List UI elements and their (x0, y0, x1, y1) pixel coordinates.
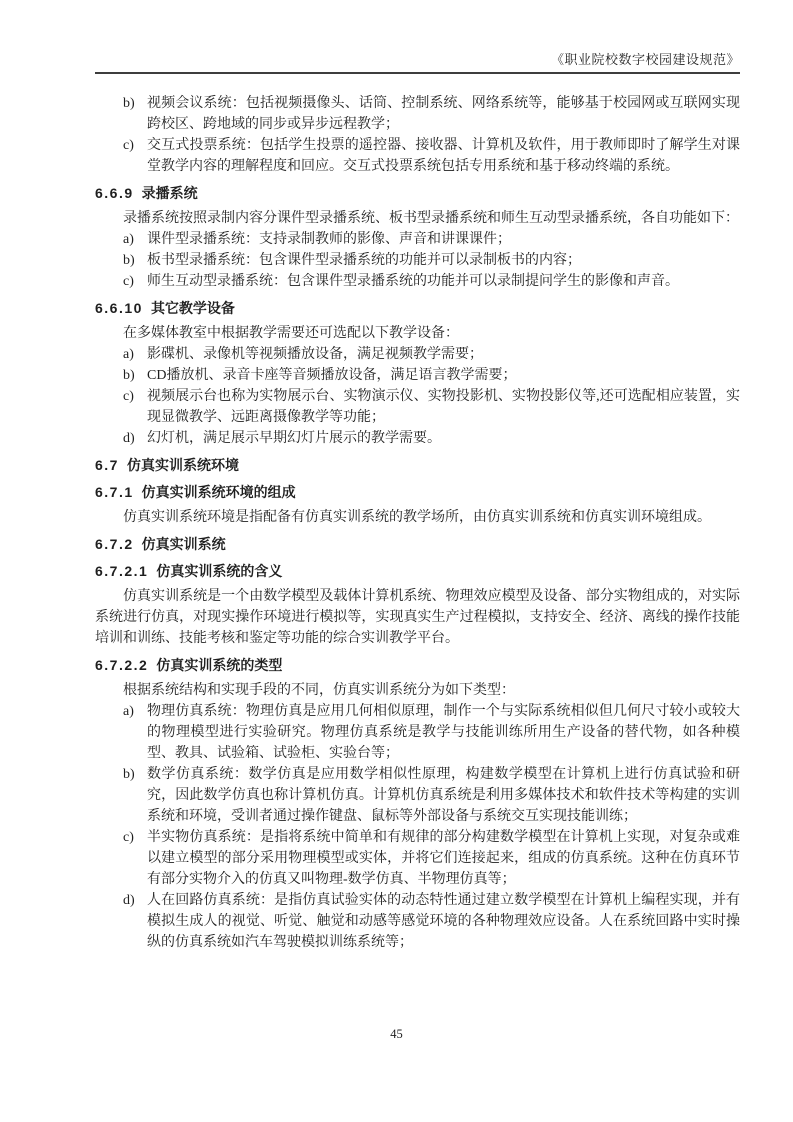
list-item-label: a) (123, 344, 134, 365)
heading-title: 仿真实训系统的含义 (156, 563, 282, 579)
heading-6-7: 6.7仿真实训系统环境 (95, 455, 740, 476)
list-item-label: c) (123, 271, 134, 292)
list-item-label: d) (123, 428, 135, 449)
list-item: a) 课件型录播系统：支持录制教师的影像、声音和讲课课件； (95, 229, 740, 250)
list-item-text: 幻灯机，满足展示早期幻灯片展示的教学需要。 (147, 431, 441, 446)
list-item-text: 课件型录播系统：支持录制教师的影像、声音和讲课课件； (147, 232, 511, 247)
heading-6-7-2: 6.7.2仿真实训系统 (95, 534, 740, 555)
heading-title: 其它教学设备 (151, 300, 235, 316)
list-item-text: 半实物仿真系统：是指将系统中简单和有规律的部分构建数学模型在计算机上实现，对复杂… (147, 830, 740, 887)
list-item-text: 交互式投票系统：包括学生投票的遥控器、接收器、计算机及软件，用于教师即时了解学生… (147, 138, 740, 174)
list-item: b) 板书型录播系统：包含课件型录播系统的功能并可以录制板书的内容； (95, 250, 740, 271)
list-item-text: 视频展示台也称为实物展示台、实物演示仪、实物投影机、实物投影仪等,还可选配相应装… (147, 389, 740, 425)
paragraph: 在多媒体教室中根据教学需要还可选配以下教学设备： (95, 323, 740, 344)
list-item-label: b) (123, 365, 135, 386)
list-item-label: c) (123, 135, 134, 156)
heading-number: 6.7.2 (95, 536, 134, 552)
paragraph: 录播系统按照录制内容分课件型录播系统、板书型录播系统和师生互动型录播系统，各自功… (95, 208, 740, 229)
list-item: c) 视频展示台也称为实物展示台、实物演示仪、实物投影机、实物投影仪等,还可选配… (95, 386, 740, 428)
list-item-label: d) (123, 890, 135, 911)
heading-title: 仿真实训系统的类型 (156, 657, 282, 673)
list-item: b) 视频会议系统：包括视频摄像头、话筒、控制系统、网络系统等，能够基于校园网或… (95, 93, 740, 135)
paragraph: 根据系统结构和实现手段的不同，仿真实训系统分为如下类型： (95, 680, 740, 701)
list-item-text: 影碟机、录像机等视频播放设备，满足视频教学需要； (147, 347, 483, 362)
page-header: 《职业院校数字校园建设规范》 (95, 0, 740, 74)
list-item-text: 数学仿真系统：数学仿真是应用数学相似性原理，构建数学模型在计算机上进行仿真试验和… (147, 767, 740, 824)
list-item: c) 师生互动型录播系统：包含课件型录播系统的功能并可以录制提问学生的影像和声音… (95, 271, 740, 292)
heading-number: 6.7 (95, 457, 119, 473)
list-item-text: 视频会议系统：包括视频摄像头、话筒、控制系统、网络系统等，能够基于校园网或互联网… (147, 96, 740, 132)
list-item: a) 物理仿真系统：物理仿真是应用几何相似原理，制作一个与实际系统相似但几何尺寸… (95, 701, 740, 764)
list-item-label: a) (123, 701, 134, 722)
heading-title: 仿真实训系统环境 (127, 457, 239, 473)
list-item: a) 影碟机、录像机等视频播放设备，满足视频教学需要； (95, 344, 740, 365)
list-item-text: CD播放机、录音卡座等音频播放设备，满足语言教学需要； (147, 368, 516, 383)
list-item: d) 人在回路仿真系统：是指仿真试验实体的动态特性通过建立数学模型在计算机上编程… (95, 890, 740, 953)
heading-6-7-1: 6.7.1仿真实训系统环境的组成 (95, 482, 740, 503)
heading-6-7-2-2: 6.7.2.2仿真实训系统的类型 (95, 655, 740, 676)
list-item: b) 数学仿真系统：数学仿真是应用数学相似性原理，构建数学模型在计算机上进行仿真… (95, 764, 740, 827)
document-page: 《职业院校数字校园建设规范》 b) 视频会议系统：包括视频摄像头、话筒、控制系统… (0, 0, 793, 1122)
list-item-label: c) (123, 827, 134, 848)
list-item-text: 师生互动型录播系统：包含课件型录播系统的功能并可以录制提问学生的影像和声音。 (147, 274, 679, 289)
paragraph: 仿真实训系统环境是指配备有仿真实训系统的教学场所，由仿真实训系统和仿真实训环境组… (95, 507, 740, 528)
paragraph: 仿真实训系统是一个由数学模型及载体计算机系统、物理效应模型及设备、部分实物组成的… (95, 586, 740, 649)
list-item: b) CD播放机、录音卡座等音频播放设备，满足语言教学需要； (95, 365, 740, 386)
list-item-label: c) (123, 386, 134, 407)
heading-6-7-2-1: 6.7.2.1仿真实训系统的含义 (95, 561, 740, 582)
heading-number: 6.6.9 (95, 185, 134, 201)
list-item: c) 半实物仿真系统：是指将系统中简单和有规律的部分构建数学模型在计算机上实现，… (95, 827, 740, 890)
list-item-label: b) (123, 250, 135, 271)
list-item-label: a) (123, 229, 134, 250)
heading-number: 6.7.2.1 (95, 563, 148, 579)
heading-number: 6.7.2.2 (95, 657, 148, 673)
list-item-text: 板书型录播系统：包含课件型录播系统的功能并可以录制板书的内容； (147, 253, 581, 268)
list-item-text: 人在回路仿真系统：是指仿真试验实体的动态特性通过建立数学模型在计算机上编程实现，… (147, 893, 740, 950)
heading-title: 仿真实训系统环境的组成 (142, 484, 296, 500)
page-number: 45 (390, 1027, 403, 1041)
list-item-label: b) (123, 93, 135, 114)
list-item: d) 幻灯机，满足展示早期幻灯片展示的教学需要。 (95, 428, 740, 449)
heading-title: 仿真实训系统 (142, 536, 226, 552)
list-item-label: b) (123, 764, 135, 785)
heading-6-6-10: 6.6.10其它教学设备 (95, 298, 740, 319)
page-footer: 45 (0, 1026, 793, 1042)
heading-6-6-9: 6.6.9录播系统 (95, 183, 740, 204)
document-title: 《职业院校数字校园建设规范》 (551, 52, 740, 67)
heading-title: 录播系统 (142, 185, 198, 201)
list-item: c) 交互式投票系统：包括学生投票的遥控器、接收器、计算机及软件，用于教师即时了… (95, 135, 740, 177)
list-item-text: 物理仿真系统：物理仿真是应用几何相似原理，制作一个与实际系统相似但几何尺寸较小或… (147, 704, 740, 761)
heading-number: 6.7.1 (95, 484, 134, 500)
page-body: b) 视频会议系统：包括视频摄像头、话筒、控制系统、网络系统等，能够基于校园网或… (95, 74, 740, 953)
heading-number: 6.6.10 (95, 300, 143, 316)
